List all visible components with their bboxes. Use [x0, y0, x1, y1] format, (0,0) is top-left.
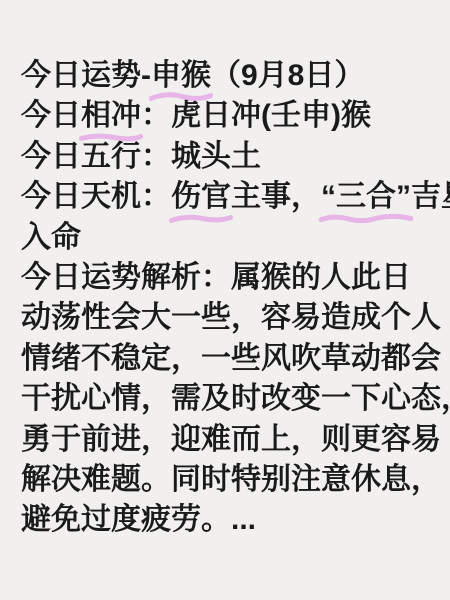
clash-line: 今日相冲：虎日冲(壬申)猴 — [21, 96, 436, 136]
zodiac-term: 申猴 — [151, 56, 211, 96]
omen-term-2-text: “三合” — [321, 180, 411, 213]
title-date: （9月8日） — [211, 59, 364, 92]
analysis-text-6: 解决难题。同时特别注意休息， — [21, 463, 441, 496]
omen-mid: 主事， — [231, 180, 321, 213]
element-text: 今日五行：城头土 — [21, 140, 261, 173]
analysis-line-1: 今日运势解析：属猴的人此日 — [21, 258, 436, 298]
analysis-text-5: 勇于前进，迎难而上，则更容易 — [21, 423, 441, 456]
analysis-text-2: 动荡性会大一些，容易造成个人 — [21, 301, 441, 334]
analysis-text-7: 避免过度疲劳。... — [21, 503, 256, 536]
analysis-line-4: 干扰心情，需及时改变一下心态， — [21, 379, 436, 419]
omen-term-1-text: 伤官 — [171, 180, 231, 213]
omen-line-wrap: 入命 — [21, 218, 436, 258]
analysis-line-7: 避免过度疲劳。... — [21, 500, 436, 540]
omen-term-2: “三合” — [321, 177, 411, 217]
analysis-line-5: 勇于前进，迎难而上，则更容易 — [21, 420, 436, 460]
omen-line: 今日天机：伤官主事，“三合”吉星 — [21, 177, 436, 217]
fortune-post: 今日运势-申猴（9月8日） 今日相冲：虎日冲(壬申)猴 今日五行：城头土 今日天… — [0, 0, 450, 600]
analysis-text-3: 情绪不稳定，一些风吹草动都会 — [21, 342, 441, 375]
clash-prefix: 今日 — [21, 99, 81, 132]
clash-term-text: 相冲 — [81, 99, 141, 132]
title-prefix: 今日运势- — [21, 59, 151, 92]
analysis-line-6: 解决难题。同时特别注意休息， — [21, 460, 436, 500]
analysis-text-4: 干扰心情，需及时改变一下心态， — [21, 382, 450, 415]
zodiac-term-text: 申猴 — [151, 59, 211, 92]
analysis-line-3: 情绪不稳定，一些风吹草动都会 — [21, 339, 436, 379]
analysis-text-1: 今日运势解析：属猴的人此日 — [21, 261, 411, 294]
omen-wrap-text: 入命 — [21, 221, 81, 254]
omen-prefix: 今日天机： — [21, 180, 171, 213]
clash-value: ：虎日冲(壬申)猴 — [141, 99, 371, 132]
clash-term: 相冲 — [81, 96, 141, 136]
title-line: 今日运势-申猴（9月8日） — [21, 56, 436, 96]
analysis-line-2: 动荡性会大一些，容易造成个人 — [21, 298, 436, 338]
omen-term-1: 伤官 — [171, 177, 231, 217]
omen-suffix: 吉星 — [411, 180, 450, 213]
element-line: 今日五行：城头土 — [21, 137, 436, 177]
